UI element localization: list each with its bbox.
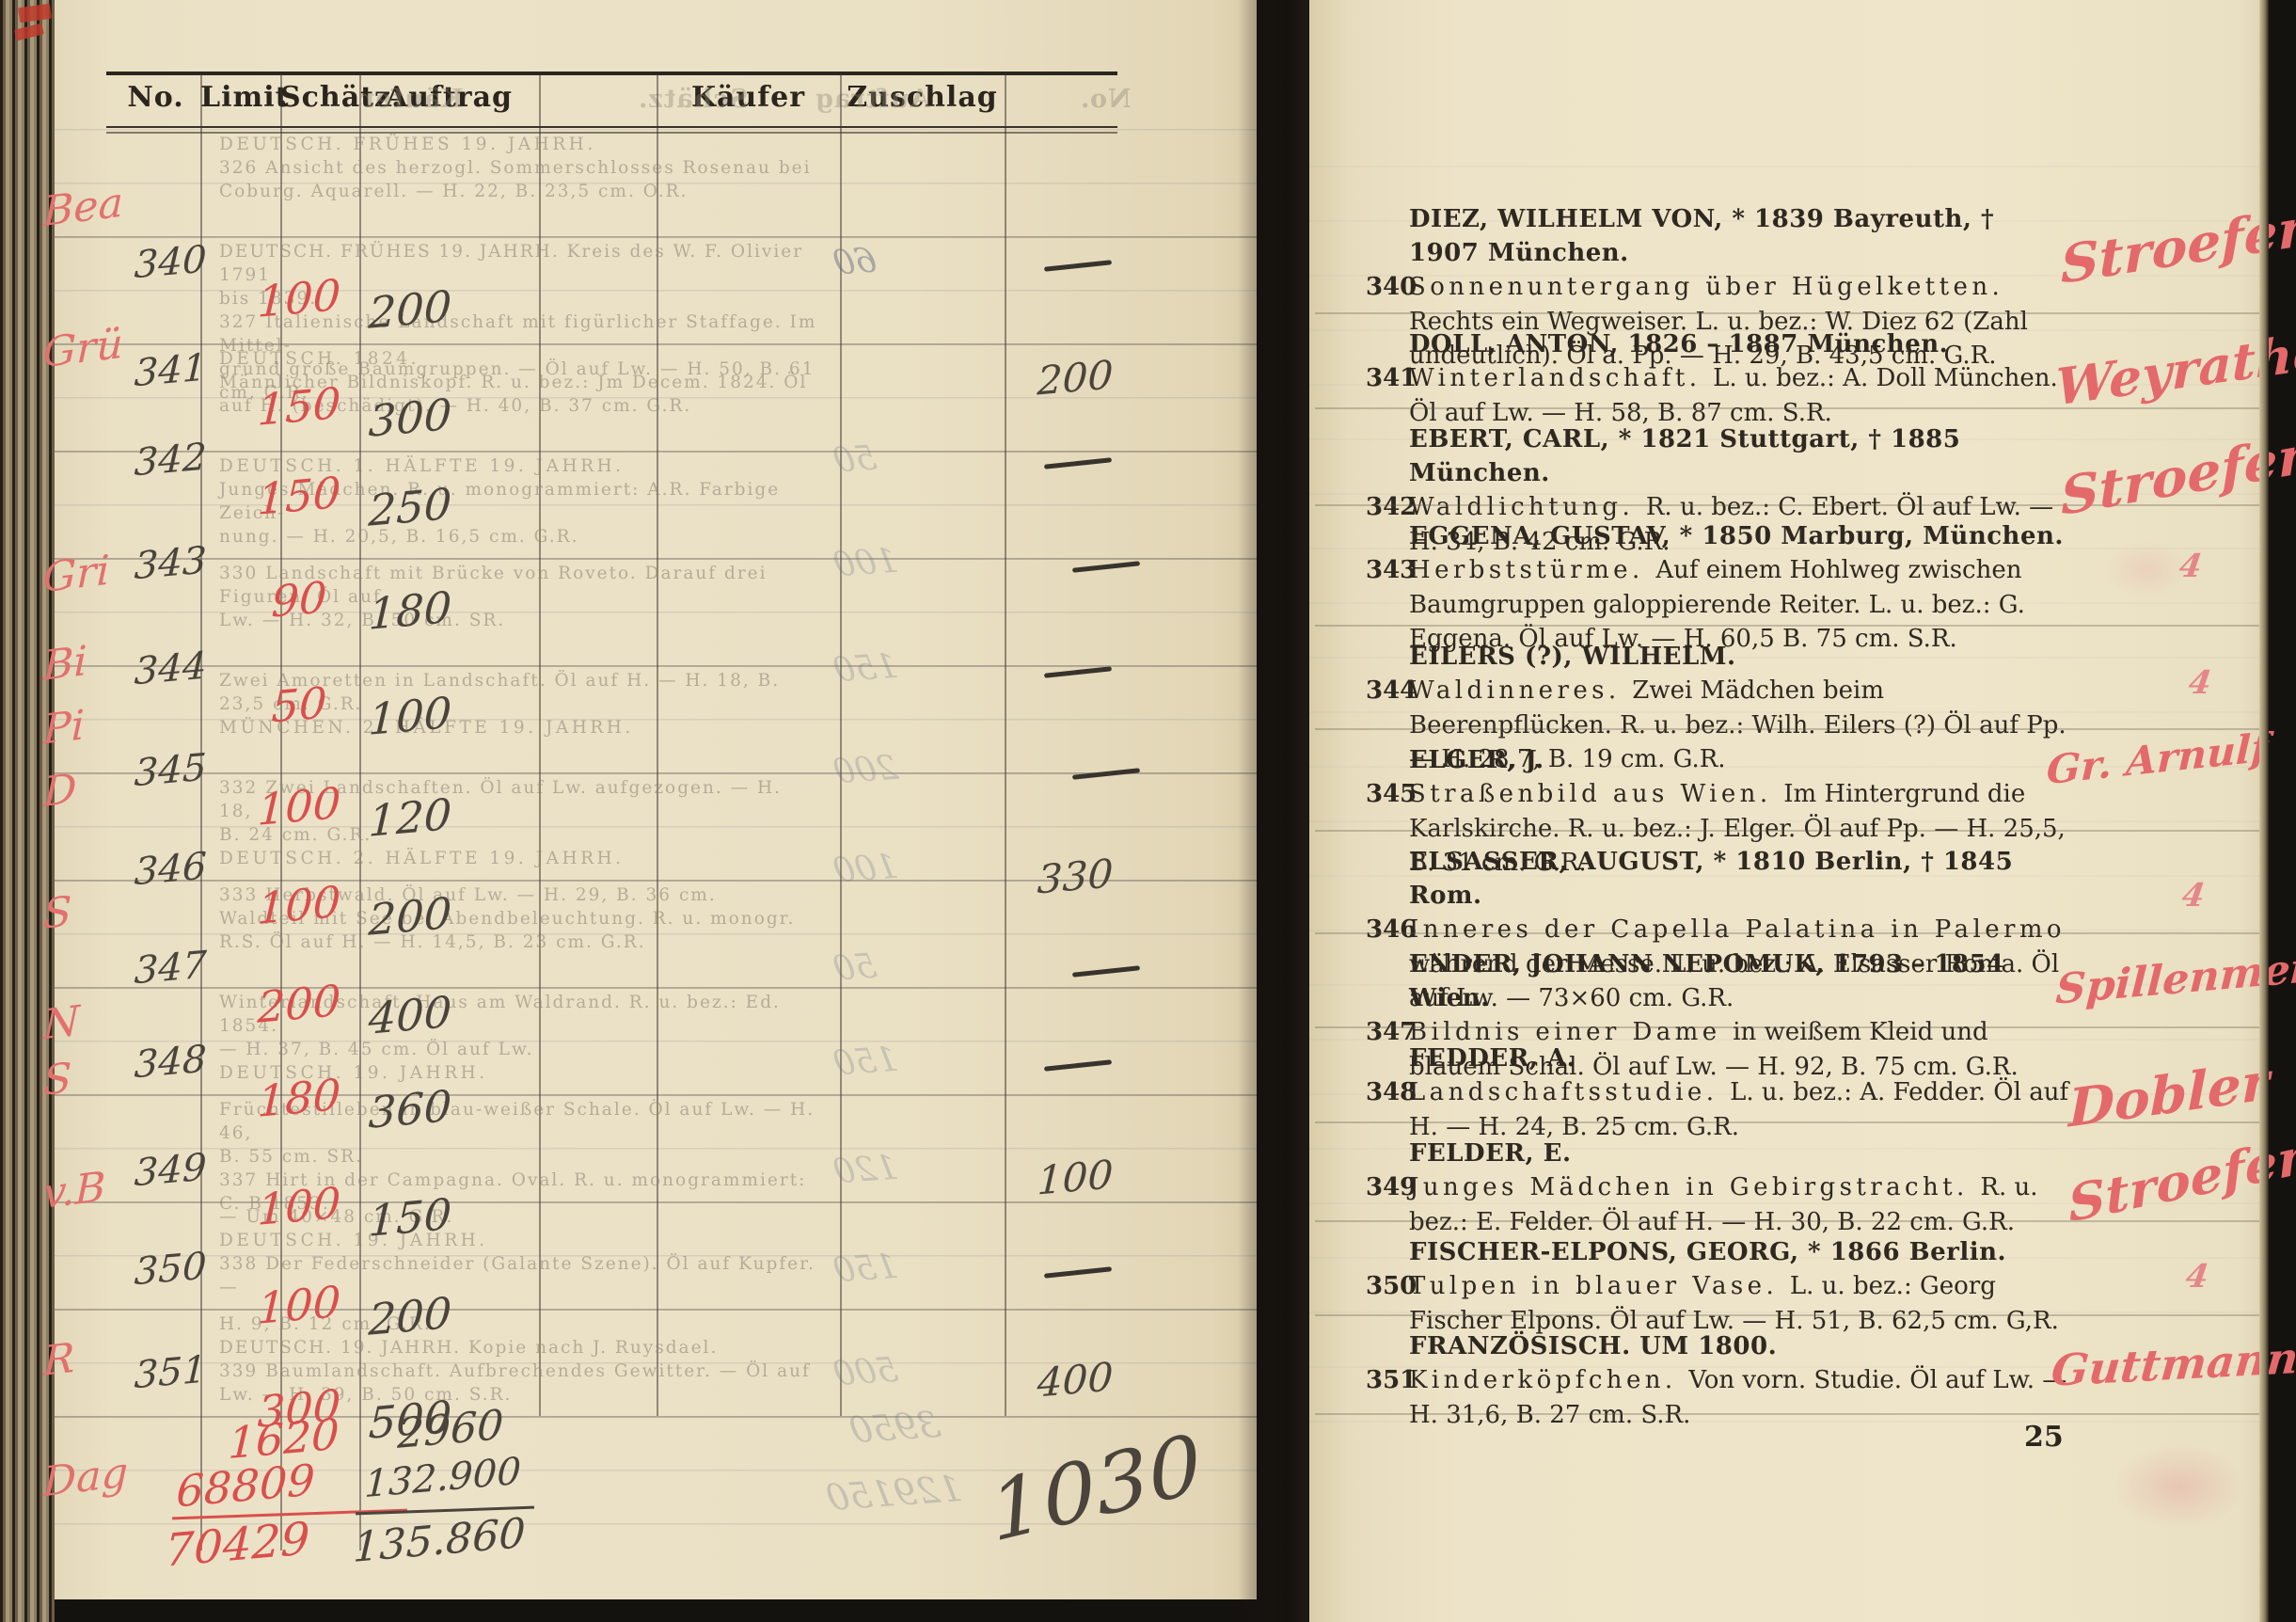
kaeufer-ghost-number: 150	[830, 1248, 901, 1291]
artist-heading: EILERS (?), WILHELM.	[1409, 640, 2069, 674]
work-title: Landschaftsstudie.	[1409, 1078, 1730, 1106]
lot-number: 348	[1366, 1075, 1409, 1110]
work-title: Herbststürme.	[1409, 556, 1655, 584]
lot-number: 349	[1366, 1170, 1409, 1205]
schaetz-page-sum: 2960	[397, 1401, 505, 1458]
entry-separator	[1315, 830, 2259, 832]
entry-separator	[1315, 932, 2259, 934]
kaeufer-ghost-number: 50	[830, 438, 879, 480]
lot-number-handwritten: 347	[134, 944, 208, 993]
entry-description: 349Junges Mädchen in Gebirgstracht. R. u…	[1366, 1170, 2069, 1239]
bleedthrough-line: nung. — H. 20,5, B. 16,5 cm. G.R.	[219, 525, 821, 549]
kaeufer-ghost-number: 200	[830, 749, 901, 792]
kaeufer-ghost-number: 60	[830, 241, 879, 282]
work-title: Tulpen in blauer Vase.	[1409, 1272, 1790, 1300]
ink-smudge	[2114, 1444, 2245, 1529]
table-row-line	[55, 1309, 1257, 1311]
catalog-entry: DOLL, ANTON, 1826 – 1887 München.341Wint…	[1366, 327, 2069, 430]
bleedthrough-line: DEUTSCH. 1824.	[219, 347, 821, 371]
lot-number-handwritten: 346	[134, 845, 208, 894]
lot-number: 340	[1366, 270, 1409, 305]
bleedthrough-line: 326 Ansicht des herzogl. Sommerschlosses…	[219, 156, 821, 180]
table-row-line	[55, 665, 1257, 667]
entry-description: 351Kinderköpfchen. Von vorn. Studie. Öl …	[1366, 1363, 2069, 1432]
artist-heading: FISCHER-ELPONS, GEORG, * 1866 Berlin.	[1409, 1235, 2069, 1269]
table-row-line	[55, 558, 1257, 560]
catalog-entry: FISCHER-ELPONS, GEORG, * 1866 Berlin.350…	[1366, 1235, 2069, 1338]
artist-heading: FELDER, E.	[1409, 1137, 2069, 1170]
zuschlag-value: 330	[1037, 851, 1114, 903]
lot-number-handwritten: 341	[134, 346, 208, 395]
bleedthrough-text-band: DEUTSCH. FRÜHES 19. JAHRH.326 Ansicht de…	[219, 133, 821, 203]
zuschlag-value: 100	[1037, 1152, 1114, 1204]
lot-number: 343	[1366, 553, 1409, 588]
catalog-entry: FRANZÖSISCH. UM 1800.351Kinderköpfchen. …	[1366, 1329, 2069, 1432]
ghost-total: 3950	[846, 1404, 943, 1452]
lot-number-handwritten: 348	[134, 1038, 208, 1087]
bleedthrough-line: R.S. Öl auf H. — H. 14,5, B. 23 cm. G.R.	[219, 930, 821, 954]
work-title: Straßenbild aus Wien.	[1409, 780, 1783, 808]
margin-buyer-fragment: Bi	[42, 637, 87, 690]
margin-buyer-fragment: D	[42, 765, 77, 817]
lot-number-handwritten: 342	[134, 436, 208, 485]
ink-smudge	[2104, 541, 2189, 597]
table-row-line	[55, 987, 1257, 989]
entry-separator	[1315, 1413, 2259, 1415]
page-leaf-edge	[2259, 0, 2269, 1622]
margin-buyer-fragment: R	[42, 1334, 74, 1386]
lot-number: 345	[1366, 777, 1409, 812]
entry-description: 341Winterlandschaft. L. u. bez.: A. Doll…	[1366, 361, 2069, 430]
kaeufer-ghost-number: 150	[830, 647, 901, 691]
book-gutter-shadow	[1238, 0, 1319, 1622]
entry-separator	[1315, 1314, 2259, 1316]
margin-buyer-fragment: N	[42, 997, 80, 1049]
work-title: Waldlichtung.	[1409, 493, 1646, 521]
table-rule-header-bottom	[106, 126, 1117, 128]
work-title: Sonnenuntergang über Hügelketten.	[1409, 273, 2003, 301]
margin-buyer-fragment: S	[42, 1054, 71, 1105]
page-number: 25	[2024, 1421, 2064, 1454]
lot-number: 341	[1366, 361, 1409, 396]
margin-buyer-fragment: S	[42, 887, 71, 938]
table-row-line	[55, 236, 1257, 238]
lot-number-handwritten: 343	[134, 539, 208, 588]
table-row-line	[55, 1094, 1257, 1096]
lot-number: 346	[1366, 913, 1409, 947]
bleedthrough-line: DEUTSCH. 2. HÄLFTE 19. JAHRH.	[219, 847, 821, 870]
ledger-page-left: No. Limit Schätz. Auftrag Käufer Zuschla…	[55, 0, 1257, 1599]
margin-buyer-fragment: Grü	[42, 320, 123, 377]
table-row-line	[55, 451, 1257, 453]
header-ghost-label: No.	[1080, 85, 1132, 114]
margin-buyer-fragment: v.B	[42, 1163, 106, 1218]
bleedthrough-line: DEUTSCH. 19. JAHRH. Kopie nach J. Ruysda…	[219, 1336, 821, 1360]
col-header-limit: Limit	[200, 81, 280, 114]
entry-separator	[1315, 728, 2259, 730]
kaeufer-ghost-number: 100	[830, 542, 901, 585]
table-column-line	[1005, 73, 1006, 1416]
catalog-entry: FELDER, E.349Junges Mädchen in Gebirgstr…	[1366, 1137, 2069, 1239]
kaeufer-ghost-number: 50	[830, 946, 879, 988]
entry-separator	[1315, 1026, 2259, 1028]
kaeufer-ghost-number: 500	[830, 1351, 901, 1394]
catalog-entry: FEDDER, A.348Landschaftsstudie. L. u. be…	[1366, 1042, 2069, 1144]
artist-heading: DOLL, ANTON, 1826 – 1887 München.	[1409, 327, 2069, 361]
work-title: Junges Mädchen in Gebirgstracht.	[1409, 1173, 1980, 1201]
bleedthrough-line: — H. 37, B. 45 cm. Öl auf Lw.	[219, 1038, 821, 1061]
lot-number-handwritten: 350	[134, 1245, 208, 1294]
artist-heading: EGGENA, GUSTAV, * 1850 Marburg, München.	[1409, 519, 2069, 553]
artist-heading: DIEZ, WILHELM VON, * 1839 Bayreuth, † 19…	[1409, 202, 2069, 270]
margin-buyer-fragment: Gri	[42, 547, 110, 602]
table-rule-top	[106, 72, 1117, 75]
lot-number-handwritten: 344	[134, 644, 208, 693]
lot-number: 344	[1366, 674, 1409, 708]
kaeufer-ghost-number: 150	[830, 1041, 901, 1084]
margin-buyer-fragment: Bea	[42, 179, 123, 236]
catalog-entry: EGGENA, GUSTAV, * 1850 Marburg, München.…	[1366, 519, 2069, 657]
bleedthrough-line: Coburg. Aquarell. — H. 22, B. 23,5 cm. O…	[219, 180, 821, 203]
col-header-schaetz: Schätz.	[280, 81, 359, 114]
work-title: Winterlandschaft.	[1409, 364, 1713, 392]
artist-heading: ELSASSER, AUGUST, * 1810 Berlin, † 1845 …	[1409, 845, 2069, 913]
catalog-page-right: DIEZ, WILHELM VON, * 1839 Bayreuth, † 19…	[1309, 0, 2267, 1622]
header-ghost-label: Käufer	[360, 85, 464, 114]
bleedthrough-line: DEUTSCH. FRÜHES 19. JAHRH.	[219, 133, 821, 156]
work-title: Waldinneres.	[1409, 676, 1632, 705]
lot-number-handwritten: 349	[134, 1146, 208, 1195]
artist-heading: ELGER, J.	[1409, 743, 2069, 777]
header-ghost-label: Schätz.	[638, 85, 748, 114]
header-ghost-label: Auftrag	[815, 85, 929, 114]
col-header-no: No.	[111, 81, 200, 114]
entry-separator	[1315, 625, 2259, 627]
auction-ledger-book-scan: No. Limit Schätz. Auftrag Käufer Zuschla…	[0, 0, 2296, 1622]
entry-separator	[1315, 312, 2259, 314]
bleedthrough-line: DEUTSCH. 19. JAHRH.	[219, 1229, 821, 1252]
kaeufer-ghost-number: 120	[830, 1149, 901, 1192]
lot-number-handwritten: 351	[134, 1348, 208, 1397]
lot-number: 351	[1366, 1363, 1409, 1398]
entry-description: 350Tulpen in blauer Vase. L. u. bez.: Ge…	[1366, 1269, 2069, 1338]
artist-heading: EBERT, CARL, * 1821 Stuttgart, † 1885 Mü…	[1409, 422, 2069, 490]
table-column-line	[200, 73, 202, 1550]
artist-heading: FEDDER, A.	[1409, 1042, 2069, 1075]
kaeufer-ghost-number: 100	[830, 848, 901, 891]
lot-number: 350	[1366, 1269, 1409, 1304]
work-title: Inneres der Capella Palatina in Palermo	[1409, 915, 2066, 944]
zuschlag-value: 200	[1037, 352, 1114, 405]
zuschlag-value: 400	[1037, 1354, 1114, 1407]
lot-number-handwritten: 345	[134, 746, 208, 795]
artist-heading: FRANZÖSISCH. UM 1800.	[1409, 1329, 2069, 1363]
work-title: Kinderköpfchen.	[1409, 1366, 1688, 1394]
lot-number-handwritten: 340	[134, 238, 208, 287]
artist-heading: ENDER, JOHANN NEPOMUK, 1793 – 1854 Wien.	[1409, 947, 2069, 1015]
bleedthrough-line: B. 55 cm. SR.	[219, 1145, 821, 1169]
margin-buyer-fragment: Pi	[42, 702, 85, 755]
entry-description: 348Landschaftsstudie. L. u. bez.: A. Fed…	[1366, 1075, 2069, 1144]
